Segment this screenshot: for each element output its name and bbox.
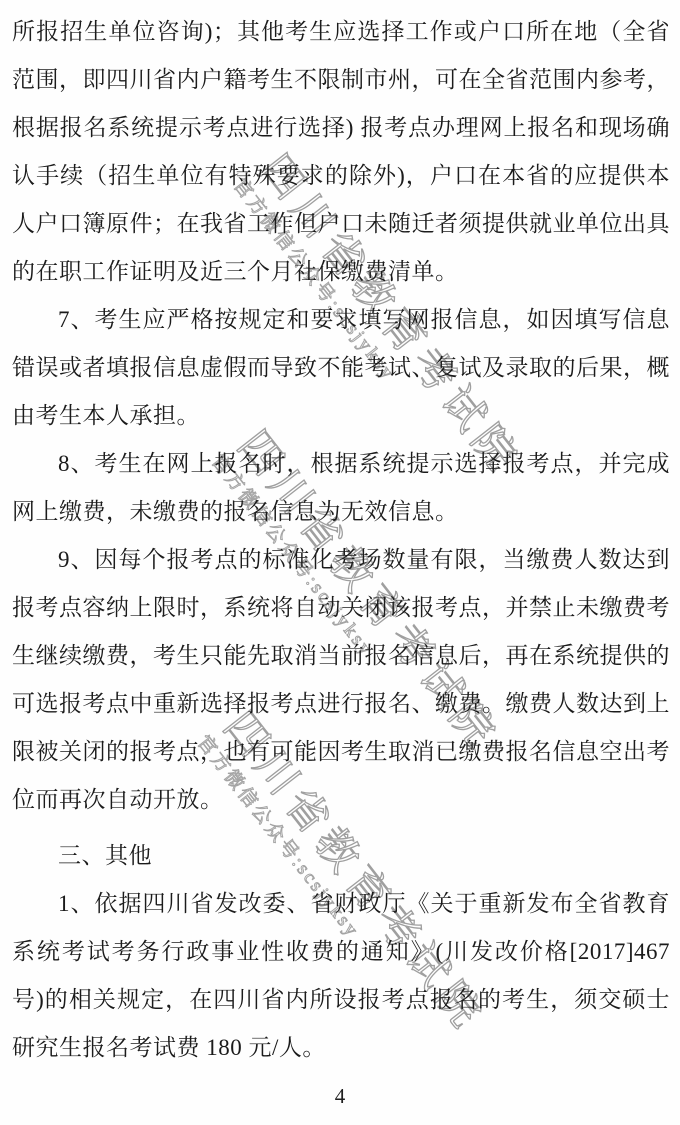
paragraph-item-8: 8、考生在网上报名时，根据系统提示选择报考点，并完成网上缴费，未缴费的报名信息为… xyxy=(12,440,670,536)
page-number: 4 xyxy=(0,1084,680,1109)
document-content: 所报招生单位咨询)；其他考生应选择工作或户口所在地（全省范围，即四川省内户籍考生… xyxy=(12,8,670,1072)
section-heading-other: 三、其他 xyxy=(12,832,670,880)
paragraph-item-1: 1、依据四川省发改委、省财政厅《关于重新发布全省教育系统考试考务行政事业性收费的… xyxy=(12,880,670,1072)
paragraph-item-7: 7、考生应严格按规定和要求填写网报信息，如因填写信息错误或者填报信息虚假而导致不… xyxy=(12,296,670,440)
document-page: 四川省教育考试院 官方微信公众号:scsjyksy 四川省教育考试院 官方微信公… xyxy=(0,0,680,1125)
paragraph-continuation: 所报招生单位咨询)；其他考生应选择工作或户口所在地（全省范围，即四川省内户籍考生… xyxy=(12,8,670,296)
paragraph-item-9: 9、因每个报考点的标准化考场数量有限，当缴费人数达到报考点容纳上限时，系统将自动… xyxy=(12,536,670,824)
